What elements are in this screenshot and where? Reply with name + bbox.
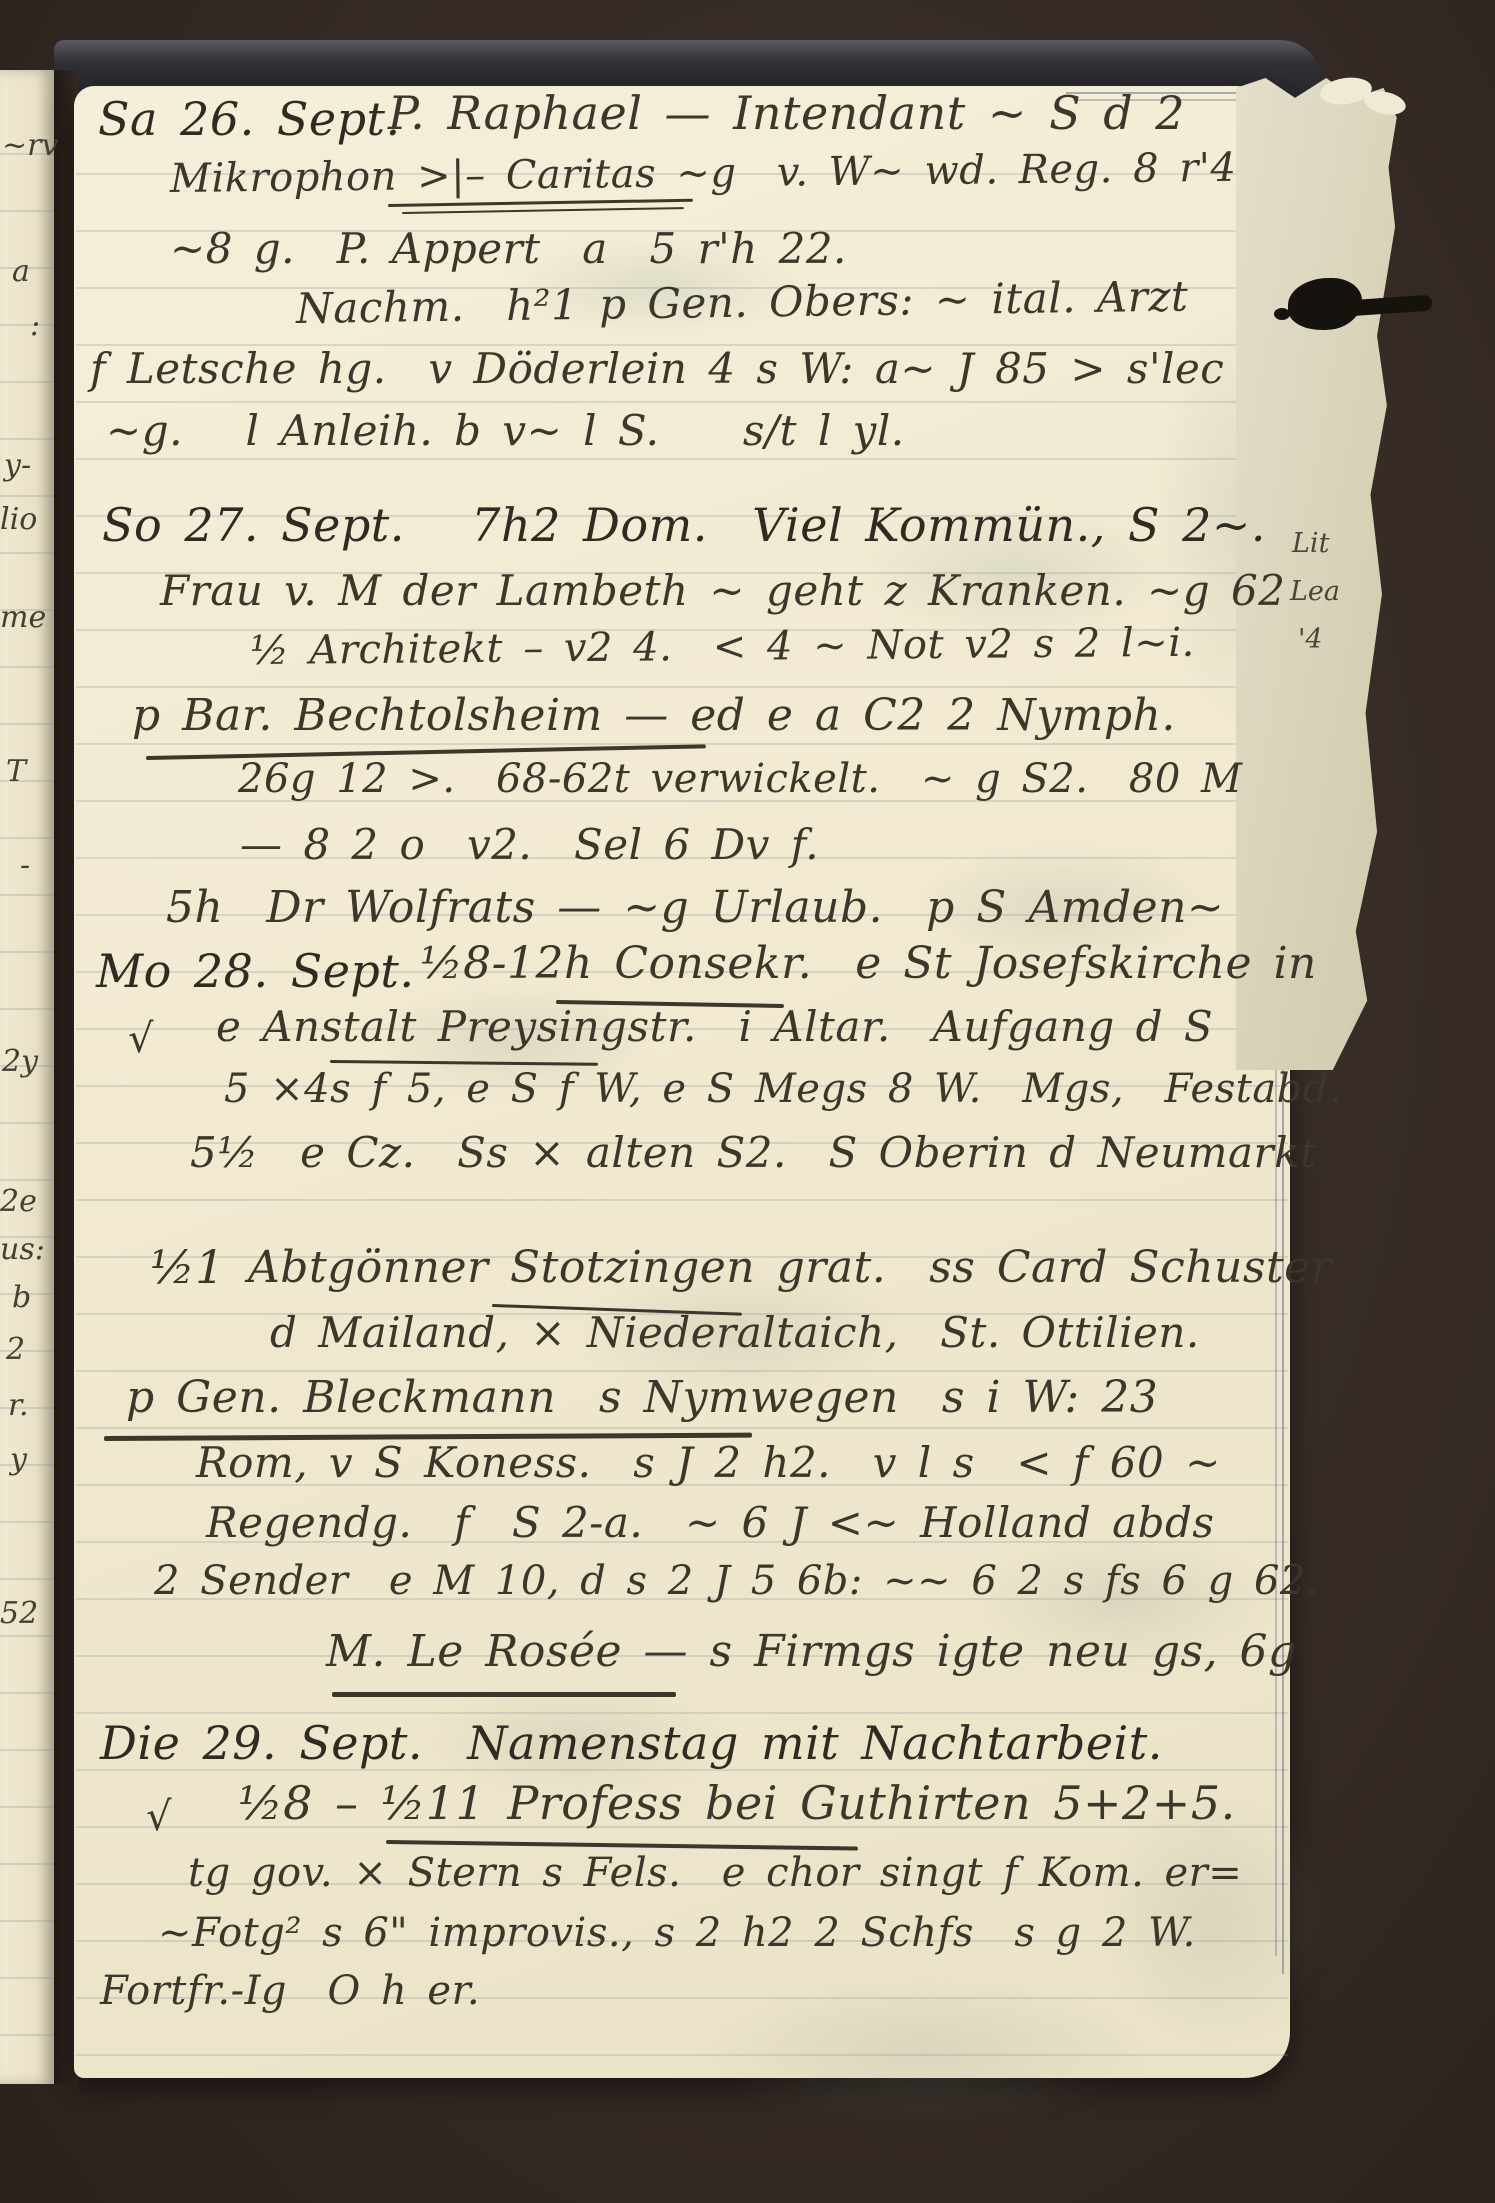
diary-scan: Lit Lea '4 ~rva:y-liomeT-2y2eus:b2r.y52 … [0, 0, 1495, 2203]
previous-page-sliver [0, 70, 54, 2084]
bleedthrough-smudge [504, 236, 804, 336]
bleedthrough-smudge [914, 846, 1214, 966]
bleedthrough-smudge [1094, 1786, 1334, 2046]
bleedthrough-smudge [974, 1536, 1274, 1666]
ruled-lines [0, 98, 54, 2076]
bleedthrough-smudge [694, 1976, 1154, 2126]
bleedthrough-smudge [574, 1266, 914, 1396]
torn-paper-fragment [1236, 78, 1400, 1070]
bleedthrough-smudge [854, 506, 1174, 636]
diary-page [74, 86, 1290, 2078]
bleedthrough-smudge [374, 986, 654, 1096]
bleedthrough-smudge [424, 1686, 724, 1796]
